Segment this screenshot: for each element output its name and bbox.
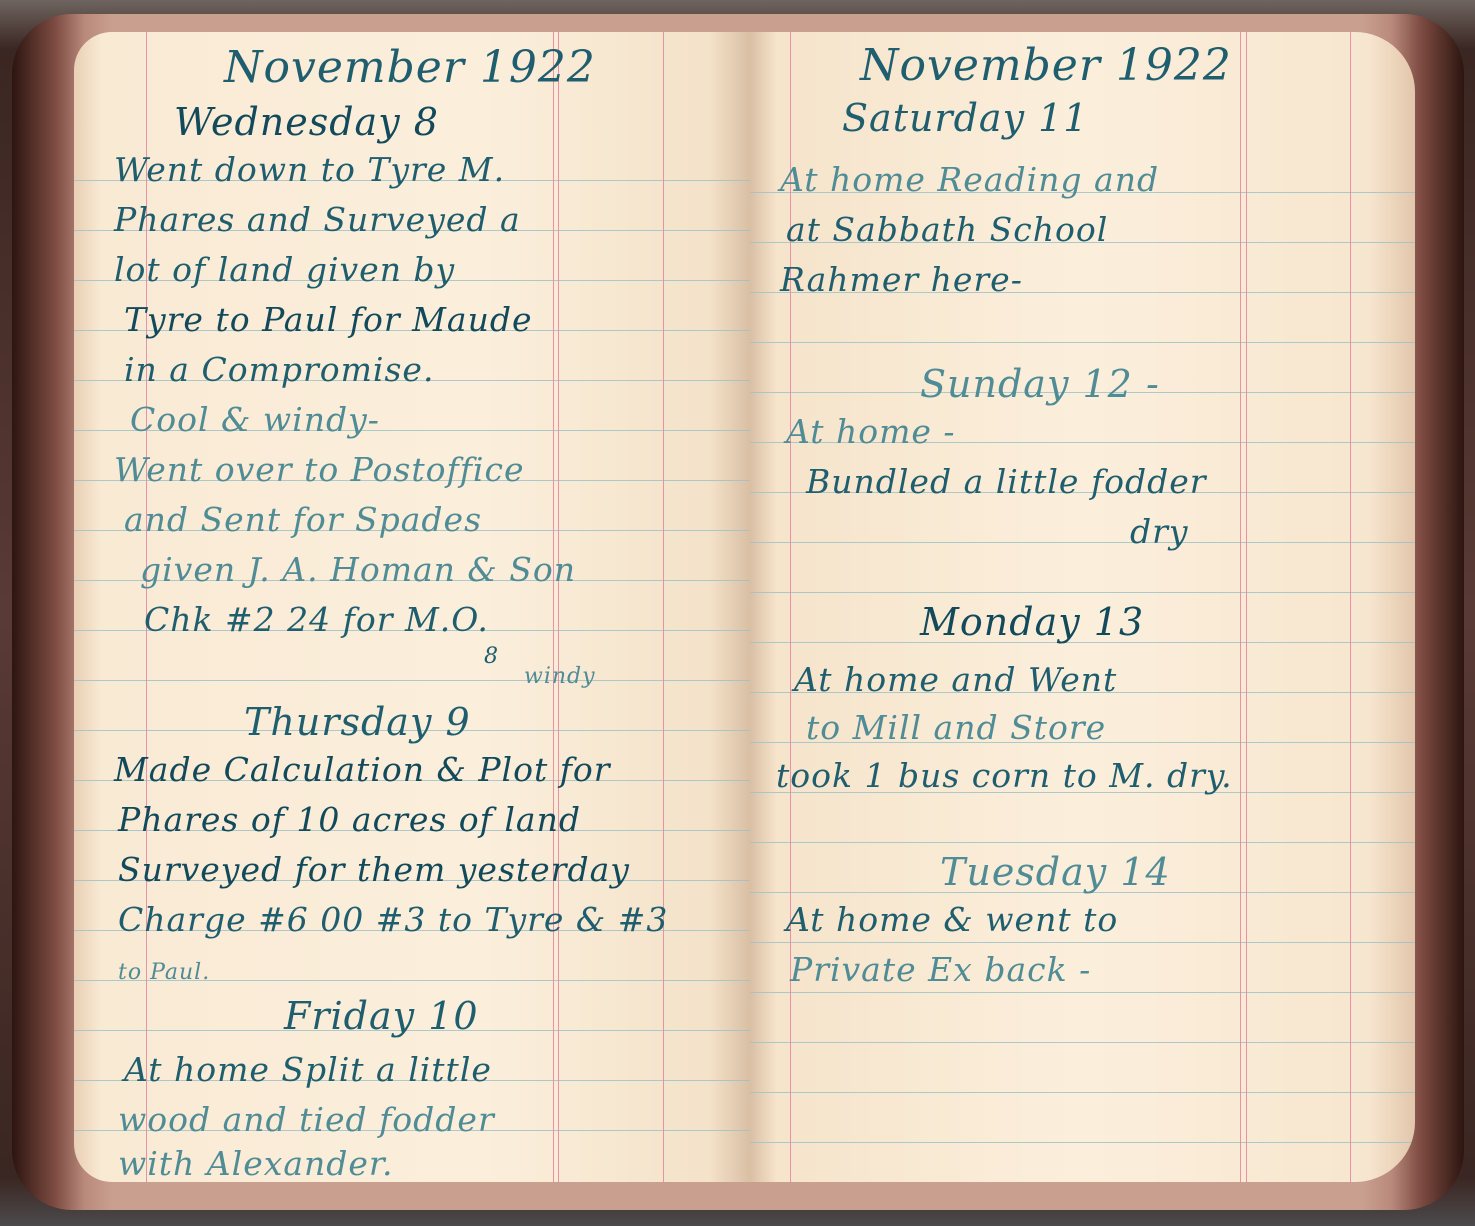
entry-line: Private Ex back - xyxy=(790,950,1091,989)
entry-line: at Sabbath School xyxy=(786,210,1108,249)
ruled-line xyxy=(750,542,1415,543)
entry-line: wood and tied fodder xyxy=(118,1100,495,1139)
ruled-line xyxy=(750,942,1415,943)
entry-line: Rahmer here- xyxy=(780,260,1023,299)
ruled-line xyxy=(750,1142,1415,1143)
ruled-line xyxy=(750,1042,1415,1043)
entry-line: Surveyed for them yesterday xyxy=(118,850,630,889)
entry-line: to Paul. xyxy=(118,960,210,985)
entry-line: dry xyxy=(1130,512,1189,551)
margin-line xyxy=(790,32,791,1182)
entry-line: At home Reading and xyxy=(780,160,1159,199)
entry-day: Saturday 11 xyxy=(842,96,1088,140)
ruled-line xyxy=(750,592,1415,593)
ruled-line xyxy=(750,1092,1415,1093)
entry-day: Monday 13 xyxy=(920,600,1144,644)
ruled-line xyxy=(750,992,1415,993)
entry-line: Bundled a little fodder xyxy=(806,462,1207,501)
entry-line: given J. A. Homan & Son xyxy=(140,550,576,589)
entry-line: Cool & windy- xyxy=(130,400,380,439)
entry-line: At home & went to xyxy=(786,900,1118,939)
weather-note: windy xyxy=(524,664,596,689)
entry-day: Wednesday 8 xyxy=(174,100,439,144)
ruled-line xyxy=(750,342,1415,343)
margin-line xyxy=(663,32,664,1182)
entry-line: At home - xyxy=(786,412,956,451)
margin-line xyxy=(1350,32,1351,1182)
entry-line: in a Compromise. xyxy=(124,350,434,389)
ruled-line xyxy=(750,842,1415,843)
entry-line: At home Split a little xyxy=(124,1050,492,1089)
page-header: November 1922 xyxy=(860,40,1232,91)
entry-note: 8 xyxy=(484,644,499,669)
entry-line: Went over to Postoffice xyxy=(114,450,524,489)
entry-day: Sunday 12 - xyxy=(920,362,1160,406)
entry-line: with Alexander. xyxy=(118,1144,394,1182)
ruled-line xyxy=(74,680,750,681)
entry-line: took 1 bus corn to M. dry. xyxy=(776,756,1233,795)
entry-line: Phares of 10 acres of land xyxy=(118,800,581,839)
margin-line xyxy=(553,32,554,1182)
entry-line: Tyre to Paul for Maude xyxy=(124,300,532,339)
margin-line xyxy=(1240,32,1241,1182)
entry-day: Thursday 9 xyxy=(244,700,471,744)
entry-line: At home and Went xyxy=(794,660,1117,699)
entry-day: Friday 10 xyxy=(284,994,479,1038)
entry-day: Tuesday 14 xyxy=(940,850,1171,894)
page-header: November 1922 xyxy=(224,42,596,93)
entry-line: and Sent for Spades xyxy=(124,500,482,539)
entry-line: Phares and Surveyed a xyxy=(114,200,521,239)
entry-line: Chk #2 24 for M.O. xyxy=(144,600,489,639)
right-page: November 1922 Saturday 11 At home Readin… xyxy=(750,32,1415,1182)
entry-line: Went down to Tyre M. xyxy=(114,150,505,189)
left-page: November 1922 Wednesday 8 Went down to T… xyxy=(74,32,750,1182)
margin-line xyxy=(1246,32,1247,1182)
entry-line: to Mill and Store xyxy=(806,708,1106,747)
entry-line: Charge #6 00 #3 to Tyre & #3 xyxy=(118,900,668,939)
entry-line: lot of land given by xyxy=(114,250,455,289)
entry-line: Made Calculation & Plot for xyxy=(114,750,611,789)
margin-line xyxy=(558,32,559,1182)
